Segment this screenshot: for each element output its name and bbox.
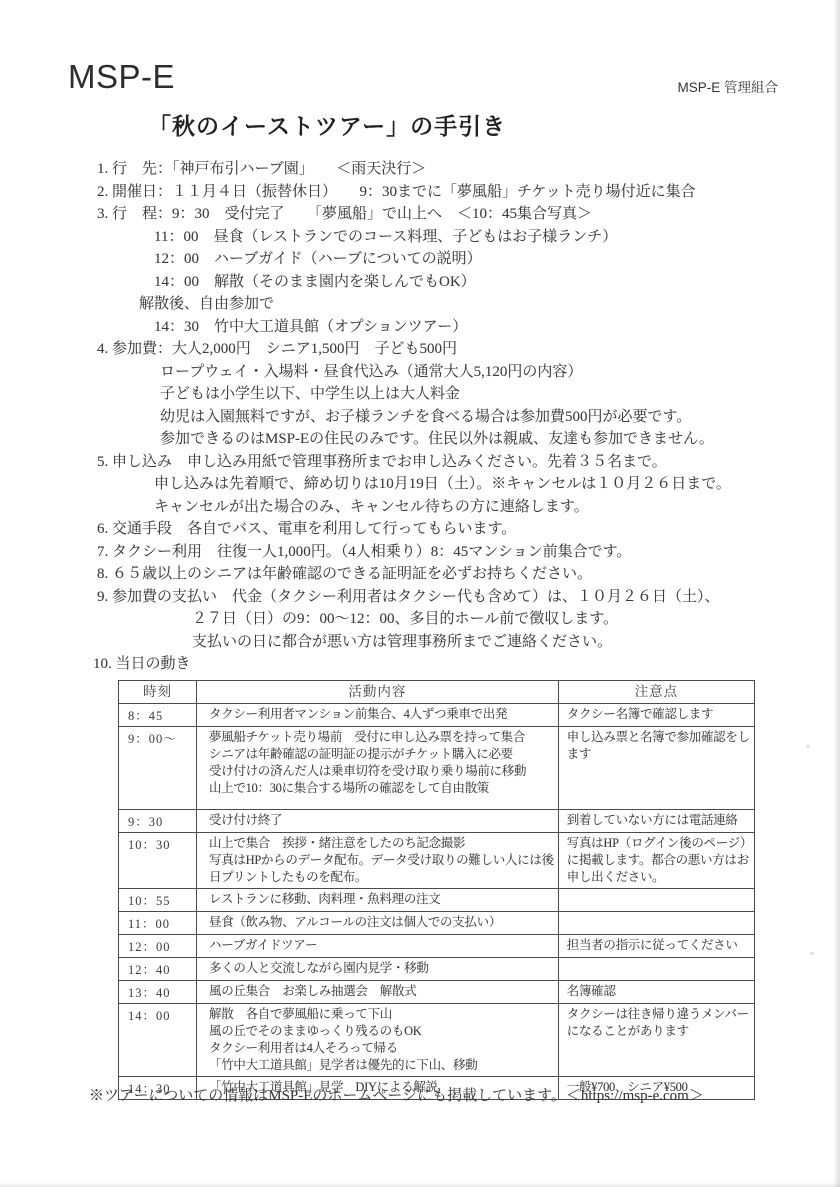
activity-cell: タクシー利用者マンション前集合、4人ずつ乗車で出発 [197,704,559,727]
table-row: 12：00ハーブガイドツアー担当者の指示に従ってください [119,935,755,958]
notes-cell: 写真はHP（ログイン後のページ）に掲載します。都合の悪い方はお申し出ください。 [558,833,754,889]
numbered-list: 1. 行 先：「神戸布引ハーブ園」 ＜雨天決行＞2. 開催日：１１月４日（振替休… [97,158,807,676]
col-header-notes: 注意点 [558,681,754,704]
cell-line: 風の丘集合 お楽しみ抽選会 解散式 [209,983,554,1000]
footer-note: ※ツアーについての情報はMSP-Eのホームページにも掲載しています。＜https… [89,1084,704,1105]
scan-bottom-shadow [0,1182,840,1187]
cell-line: ハーブガイドツアー [209,937,554,954]
cell-line: タクシー名簿で確認します [567,706,752,723]
time-cell: 14：00 [119,1004,197,1077]
list-line: 3. 行 程：9：30 受付完了 「夢風船」で山上へ ＜10：45集合写真＞ [97,203,807,226]
cell-line: 解散 各自で夢風船に乗って下山 [209,1006,554,1023]
cell-line: 申し出ください。 [567,869,752,886]
list-line: 14：00 解散（そのまま園内を楽しんでもOK） [97,271,807,294]
table-header-row: 時刻 活動内容 注意点 [119,681,755,704]
cell-line: に掲載します。都合の悪い方はお [567,852,752,869]
notes-cell [558,912,754,935]
list-line: 子どもは小学生以下、中学生以上は大人料金 [97,383,807,406]
col-header-time: 時刻 [119,681,197,704]
list-line: 申し込みは先着順で、締め切りは10月19日（土）。※キャンセルは１０月２６日まで… [97,473,807,496]
cell-line: 「竹中大工道具館」見学者は優先的に下山、移動 [209,1057,554,1074]
scan-edge-shadow [833,0,840,1187]
schedule-table: 時刻 活動内容 注意点 8：45タクシー利用者マンション前集合、4人ずつ乗車で出… [118,680,755,1100]
list-line: 12：00 ハーブガイド（ハーブについての説明） [97,248,807,271]
notes-cell: 担当者の指示に従ってください [558,935,754,958]
list-line: 10. 当日の動き [93,653,807,676]
list-line: 5. 申し込み 申し込み用紙で管理事務所までお申し込みください。先着３５名まで。 [97,451,807,474]
cell-line: レストランに移動、肉料理・魚料理の注文 [209,891,554,908]
list-line: 9. 参加費の支払い 代金（タクシー利用者はタクシー代も含めて）は、１０月２６日… [97,586,807,609]
table-row: 12：40多くの人と交流しながら園内見学・移動 [119,958,755,981]
time-cell: 8：45 [119,704,197,727]
list-line: 解散後、自由参加で [97,293,807,316]
notes-cell: 名簿確認 [558,981,754,1004]
list-line: 4. 参加費：大人2,000円 シニア1,500円 子ども500円 [97,338,807,361]
list-line: 支払いの日に都合が悪い方は管理事務所までご連絡ください。 [97,631,807,654]
activity-cell: レストランに移動、肉料理・魚料理の注文 [197,889,559,912]
list-line: 幼児は入園無料ですが、お子様ランチを食べる場合は参加費500円が必要です。 [97,406,807,429]
cell-line: 受け付けの済んだ人は乗車切符を受け取り乗り場前に移動 [209,763,554,780]
cell-line: 昼食（飲み物、アルコールの注文は個人での支払い） [209,914,554,931]
list-line: 1. 行 先：「神戸布引ハーブ園」 ＜雨天決行＞ [97,158,807,181]
time-cell: 12：00 [119,935,197,958]
activity-cell: 風の丘集合 お楽しみ抽選会 解散式 [197,981,559,1004]
msp-e-logo: MSP-E [68,58,175,96]
table-row: 14：00解散 各自で夢風船に乗って下山風の丘でそのままゆっくり残るのもOKタク… [119,1004,755,1077]
table-row: 8：45タクシー利用者マンション前集合、4人ずつ乗車で出発タクシー名簿で確認しま… [119,704,755,727]
time-cell: 9：30 [119,810,197,833]
notes-cell [558,958,754,981]
list-line: ２７日（日）の9：00～12：00、多目的ホール前で徴収します。 [97,608,807,631]
activity-cell: 山上で集合 挨拶・緒注意をしたのち記念撮影写真はHPからのデータ配布。データ受け… [197,833,559,889]
table-row: 10：55レストランに移動、肉料理・魚料理の注文 [119,889,755,912]
table-row: 10：30山上で集合 挨拶・緒注意をしたのち記念撮影写真はHPからのデータ配布。… [119,833,755,889]
cell-line: 日プリントしたものを配布。 [209,869,554,886]
cell-line: 担当者の指示に従ってください [567,937,752,954]
cell-line: 申し込み票と名簿で参加確認をし [567,729,752,746]
notes-cell: 申し込み票と名簿で参加確認をします [558,727,754,810]
list-line: ロープウェイ・入場料・昼食代込み（通常大人5,120円の内容） [97,361,807,384]
cell-line: 山上で10：30に集合する場所の確認をして自由散策 [209,780,554,797]
table-row: 11：00昼食（飲み物、アルコールの注文は個人での支払い） [119,912,755,935]
activity-cell: 多くの人と交流しながら園内見学・移動 [197,958,559,981]
list-line: キャンセルが出た場合のみ、キャンセル待ちの方に連絡します。 [97,496,807,519]
cell-line: 写真はHPからのデータ配布。データ受け取りの難しい人には後 [209,852,554,869]
list-line: 11：00 昼食（レストランでのコース料理、子どもはお子様ランチ） [97,226,807,249]
cell-line: 到着していない方には電話連絡 [567,812,752,829]
scan-speck [810,952,814,955]
cell-line: 多くの人と交流しながら園内見学・移動 [209,960,554,977]
scan-speck [806,745,810,748]
page-title: 「秋のイーストツアー」の手引き [148,108,506,141]
list-line: 2. 開催日：１１月４日（振替休日） 9：30までに「夢風船」チケット売り場付近… [97,181,807,204]
cell-line: 風の丘でそのままゆっくり残るのもOK [209,1023,554,1040]
activity-cell: 夢風船チケット売り場前 受付に申し込み票を持って集合シニアは年齢確認の証明証の提… [197,727,559,810]
cell-line: 名簿確認 [567,983,752,1000]
col-header-activity: 活動内容 [197,681,559,704]
table-row: 9：00～夢風船チケット売り場前 受付に申し込み票を持って集合シニアは年齢確認の… [119,727,755,810]
list-line: 7. タクシー利用 往復一人1,000円。（4人相乗り）8：45マンション前集合… [97,541,807,564]
activity-cell: 受け付け終了 [197,810,559,833]
time-cell: 12：40 [119,958,197,981]
list-line: 6. 交通手段 各自でバス、電車を利用して行ってもらいます。 [97,518,807,541]
cell-line: タクシーは往き帰り違うメンバー [567,1006,752,1023]
cell-line: タクシー利用者マンション前集合、4人ずつ乗車で出発 [209,706,554,723]
time-cell: 13：40 [119,981,197,1004]
table-row: 9：30受け付け終了到着していない方には電話連絡 [119,810,755,833]
scan-speck [742,82,745,86]
list-line: 14：30 竹中大工道具館（オプションツアー） [97,316,807,339]
time-cell: 9：00～ [119,727,197,810]
cell-line: 山上で集合 挨拶・緒注意をしたのち記念撮影 [209,835,554,852]
cell-line: になることがあります [567,1023,752,1040]
cell-line: タクシー利用者は4人そろって帰る [209,1040,554,1057]
table-row: 13：40風の丘集合 お楽しみ抽選会 解散式名簿確認 [119,981,755,1004]
cell-line: 写真はHP（ログイン後のページ） [567,835,752,852]
cell-line: ます [567,746,752,763]
activity-cell: 昼食（飲み物、アルコールの注文は個人での支払い） [197,912,559,935]
list-line: 8. ６５歳以上のシニアは年齢確認のできる証明証を必ずお持ちください。 [97,563,807,586]
notes-cell [558,889,754,912]
time-cell: 11：00 [119,912,197,935]
list-line: 参加できるのはMSP-Eの住民のみです。住民以外は親戚、友達も参加できません。 [97,428,807,451]
activity-cell: ハーブガイドツアー [197,935,559,958]
notes-cell: タクシー名簿で確認します [558,704,754,727]
scanned-document-page: MSP-E MSP-E 管理組合 「秋のイーストツアー」の手引き 1. 行 先：… [0,0,840,1187]
time-cell: 10：30 [119,833,197,889]
cell-line: 受け付け終了 [209,812,554,829]
notes-cell: タクシーは往き帰り違うメンバーになることがあります [558,1004,754,1077]
cell-line: 夢風船チケット売り場前 受付に申し込み票を持って集合 [209,729,554,746]
time-cell: 10：55 [119,889,197,912]
cell-line: シニアは年齢確認の証明証の提示がチケット購入に必要 [209,746,554,763]
activity-cell: 解散 各自で夢風船に乗って下山風の丘でそのままゆっくり残るのもOKタクシー利用者… [197,1004,559,1077]
org-label: MSP-E 管理組合 [677,76,778,96]
notes-cell: 到着していない方には電話連絡 [558,810,754,833]
